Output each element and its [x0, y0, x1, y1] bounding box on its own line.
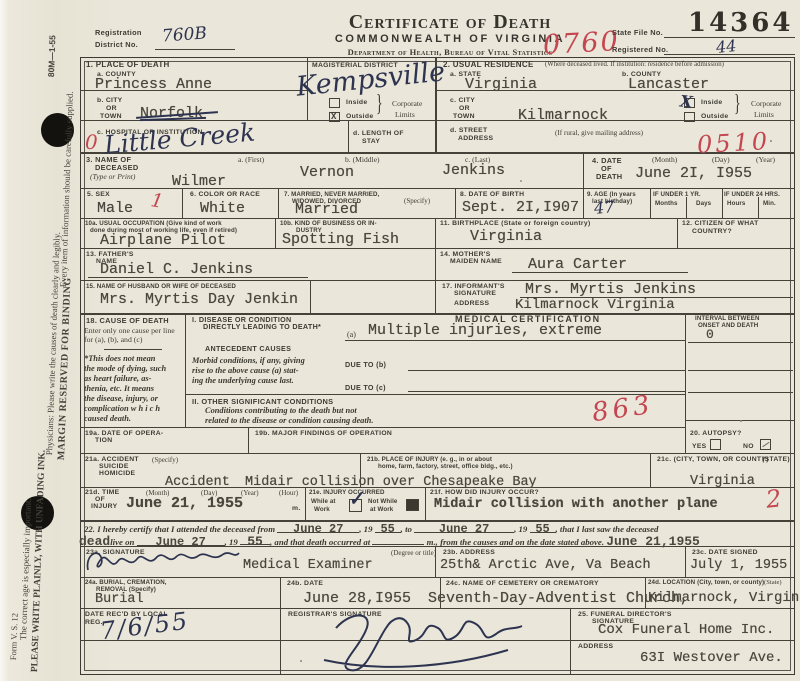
cause-a-label: (a): [347, 330, 356, 339]
address-23b-value: 25th& Arctic Ave, Va Beach: [440, 558, 651, 573]
not-while-label: Not While: [368, 498, 397, 505]
under-1yr-label: IF UNDER 1 YR.: [653, 191, 701, 198]
outside-label: Outside: [346, 113, 373, 120]
time-of-injury-label: 21d. TIME: [85, 489, 119, 496]
certify-y3: 55: [247, 534, 263, 549]
certify-blank: 55: [530, 522, 556, 533]
red-mark-2: 2: [765, 484, 783, 513]
rule-line: [408, 370, 685, 371]
industry-value: Spotting Fish: [282, 231, 399, 248]
days-label: Days: [696, 200, 711, 207]
margin-form-code: Form V. S. 12: [8, 613, 20, 660]
signature-title-value: Medical Examiner: [243, 558, 373, 573]
rule-line: [425, 487, 426, 520]
funeral-director-label: 25. FUNERAL DIRECTOR'S: [578, 611, 672, 618]
rule-line: [248, 427, 249, 453]
informant-value: Mrs. Myrtis Jenkins: [525, 281, 696, 298]
rule-line: [104, 349, 162, 350]
scan-speck: [560, 300, 562, 302]
rule-line: [583, 152, 584, 218]
date-of-death-label3: DEATH: [596, 172, 622, 181]
while-at-work-check-mark: ✓: [347, 487, 366, 511]
middle-name-label: b. (Middle): [345, 155, 380, 164]
medical-examiner-signature: [82, 544, 242, 578]
cause-of-death-label: 18. CAUSE OF DEATH: [86, 316, 169, 325]
funeral-address-value: 63I Westover Ave.: [640, 650, 783, 666]
occupation-label: 10a. USUAL OCCUPATION (Give kind of work: [85, 220, 222, 227]
spouse-value: Mrs. Myrtis Day Jenkin: [100, 291, 298, 308]
certify-blank: 55: [375, 522, 401, 533]
residence-county-value: Lancaster: [628, 76, 709, 93]
length-of-stay-label: d. LENGTH OF: [353, 130, 404, 137]
race-label: 6. COLOR OR RACE: [190, 191, 260, 198]
not-while-at-work-checkbox: [406, 499, 419, 511]
spouse-label: 15. NAME OF HUSBAND OR WIFE OF DECEASED: [86, 283, 236, 290]
informant-label2: SIGNATURE: [454, 290, 496, 297]
residence-subtitle: (Where deceased lived. If institution: r…: [545, 61, 724, 68]
margin-plainly-note: PLEASE WRITE PLAINLY, WITH UNFADING INK.: [30, 450, 48, 673]
registration-label: Registration: [95, 28, 142, 37]
rule-line: [80, 313, 795, 315]
morbid-conditions-note: Morbid conditions, if any, giving rise t…: [192, 356, 305, 386]
state-value: Virginia: [465, 76, 537, 93]
registrar-signature: [308, 608, 568, 674]
certify-date-value: June 21,1955: [606, 534, 700, 549]
year-label: (Year): [756, 155, 775, 164]
informant-address-value: Kilmarnock Virginia: [515, 297, 675, 313]
mother-value: Aura Carter: [528, 256, 627, 273]
district-no-value: 760B: [161, 23, 207, 46]
rule-line: [305, 487, 306, 520]
funeral-director-value: Cox Funeral Home Inc.: [598, 622, 774, 638]
certify-text: , to: [401, 524, 412, 534]
certify-text: , 19: [514, 524, 527, 534]
rule-line: [688, 370, 793, 371]
city-label-town: TOWN: [100, 113, 122, 120]
min-label: Min.: [763, 200, 776, 207]
interval-value: 0: [706, 327, 714, 342]
death-certificate-scan: 80M—1-55 Every item of information shoul…: [0, 0, 800, 681]
cemetery-label: 24c. NAME OF CEMETERY OR CREMATORY: [446, 580, 599, 587]
accident-value: Accident: [165, 475, 230, 490]
sex-value: Male: [97, 200, 133, 217]
residence-city-or: OR: [459, 105, 470, 112]
rule-line: [280, 608, 281, 674]
rule-line: [345, 340, 685, 341]
certify-text: , 19: [359, 524, 372, 534]
rule-line: [677, 218, 678, 248]
injury-state-value: Virginia: [690, 474, 755, 489]
first-name-value: Wilmer: [172, 173, 226, 190]
injury-m-label: m.: [292, 505, 301, 512]
certify-blank: [372, 534, 424, 545]
disease-condition-label2: DIRECTLY LEADING TO DEATH*: [203, 322, 321, 331]
place-of-injury-label: 21b. PLACE OF INJURY (e. g., in or about: [367, 456, 492, 463]
residence-inside-label: Inside: [701, 99, 722, 106]
injury-state-label: (STATE): [762, 456, 790, 463]
brace-glyph: }: [734, 92, 741, 119]
injury-city-label: 21c. (CITY, TOWN, OR COUNTY): [657, 456, 769, 463]
due-to-b-label: DUE TO (b): [345, 360, 386, 369]
deceased-type-note: (Type or Print): [90, 172, 135, 181]
accident-label: 21a. ACCIDENT: [85, 456, 139, 463]
degree-title-label: (Degree or title): [391, 549, 436, 557]
rule-line: [685, 546, 686, 577]
informant-label: 17. INFORMANT'S: [442, 283, 505, 290]
certify-text: , and that death occurred at: [270, 537, 370, 547]
residence-title: 2. USUAL RESIDENCE: [443, 60, 534, 69]
rule-line: [570, 608, 571, 674]
limits-label: Limits: [395, 110, 415, 119]
certify-blank: 55: [240, 534, 270, 545]
residence-outside-label: Outside: [701, 113, 728, 120]
red-stamp-0760: 0760: [542, 26, 620, 61]
burial-date-value: June 28,I955: [303, 590, 411, 607]
burial-value: Burial: [95, 592, 144, 607]
deceased-title2: DECEASED: [95, 163, 138, 172]
race-value: White: [200, 200, 245, 217]
certify-text: 22. I hereby certify that I attended the…: [84, 524, 275, 534]
rule-line: [435, 218, 436, 280]
brace-glyph: }: [376, 92, 383, 119]
county-value: Princess Anne: [95, 76, 212, 93]
time-of-injury-label3: INJURY: [91, 503, 117, 510]
date-of-death-value: June 2I, I955: [635, 165, 752, 182]
inside-label: Inside: [346, 99, 367, 106]
not-while-label2: at Work: [370, 506, 393, 513]
time-of-injury-value: June 21, 1955: [126, 495, 243, 512]
while-at-label: While at: [311, 498, 336, 505]
address-23b-label: 23b. ADDRESS: [443, 549, 495, 556]
red-zero-mark: 0: [85, 130, 98, 154]
time-of-injury-label2: OF: [95, 496, 105, 503]
months-label: Months: [655, 200, 678, 207]
street-note: (If rural, give mailing address): [555, 129, 643, 137]
antecedent-causes-label: ANTECEDENT CAUSES: [205, 344, 291, 353]
residence-outside-checkbox: [684, 112, 695, 122]
date-of-operation-label2: TION: [95, 437, 112, 444]
rule-line: [664, 54, 795, 55]
citizen-label: 12. CITIZEN OF WHAT: [682, 220, 759, 227]
birthplace-label: 11. BIRTHPLACE (State or foreign country…: [440, 220, 591, 227]
residence-corporate-label: Corporate: [751, 99, 781, 108]
last-name-value: Jenkins: [442, 162, 505, 179]
mother-label2: MAIDEN NAME: [450, 258, 502, 265]
hours-label: Hours: [727, 200, 745, 207]
while-at-label2: Work: [314, 506, 330, 513]
birth-date-label: 8. DATE OF BIRTH: [460, 191, 524, 198]
place-of-death-title: 1. PLACE OF DEATH: [86, 60, 170, 69]
date-signed-label: 23c. DATE SIGNED: [692, 549, 758, 556]
rule-line: [685, 420, 795, 421]
industry-label: 10b. KIND OF BUSINESS OR IN-: [280, 220, 377, 227]
autopsy-yes-checkbox: [710, 439, 721, 450]
rule-line: [80, 218, 795, 219]
rule-line: [688, 392, 793, 393]
cause-a-value: Multiple injuries, extreme: [368, 322, 602, 339]
major-findings-label: 19b. MAJOR FINDINGS OF OPERATION: [255, 430, 392, 437]
rule-line: [650, 453, 651, 487]
mother-label: 14. MOTHER'S: [440, 251, 491, 258]
interval-label: INTERVAL BETWEEN: [695, 315, 760, 322]
autopsy-no-label: NO: [743, 443, 754, 450]
outside-checkbox-mark: X: [331, 112, 336, 122]
rule-line: [685, 313, 686, 453]
registered-no-label: Registered No.: [612, 45, 668, 54]
place-of-injury-label2: home, farm, factory, street, office bldg…: [378, 463, 513, 470]
funeral-address-label: ADDRESS: [578, 643, 613, 650]
certify-text: , that I last saw the deceased: [556, 524, 659, 534]
birthplace-value: Virginia: [470, 228, 542, 245]
date-of-operation-label: 19a. DATE OF OPERA-: [85, 430, 163, 437]
district-no-label: District No.: [95, 40, 138, 49]
other-conditions-label: II. OTHER SIGNIFICANT CONDITIONS: [192, 397, 333, 406]
rule-line: [182, 188, 183, 218]
middle-name-value: Vernon: [300, 164, 354, 181]
location-value: Kilmarnock, Virginia: [648, 590, 800, 606]
certify-blank: June 27: [277, 522, 359, 533]
rule-line: [758, 197, 759, 218]
father-value: Daniel C. Jenkins: [100, 261, 253, 278]
certify-blank: June 27: [414, 522, 514, 533]
due-to-c-label: DUE TO (c): [345, 383, 386, 392]
injury-year-label: (Year): [241, 489, 259, 497]
rule-line: [280, 577, 281, 608]
margin-age-note: The correct age is especially important.: [18, 498, 33, 640]
date-signed-value: July 1, 1955: [690, 558, 787, 573]
length-of-stay-label2: STAY: [362, 138, 380, 145]
sex-label: 5. SEX: [87, 191, 110, 198]
injury-hour-label: (Hour): [279, 489, 298, 497]
residence-limits-label: Limits: [754, 110, 774, 119]
residence-city-value: Kilmarnock: [518, 107, 608, 124]
state-file-label: State File No.: [612, 28, 663, 37]
burial-label: 24a. BURIAL, CREMATION,: [85, 579, 167, 586]
occupation-value: Airplane Pilot: [100, 232, 226, 249]
state-file-number-stamp: 14364: [688, 8, 793, 38]
month-label: (Month): [652, 155, 677, 164]
rule-line: [310, 280, 311, 313]
citizen-label2: COUNTRY?: [692, 228, 732, 235]
how-injury-label: 21f. HOW DID INJURY OCCUR?: [430, 489, 539, 496]
location-label: 24d. LOCATION (City, town, or county): [648, 579, 764, 586]
residence-city-town: TOWN: [453, 113, 475, 120]
rule-line: [435, 280, 436, 313]
first-name-label: a. (First): [238, 155, 264, 164]
day-label: (Day): [712, 155, 730, 164]
burial-date-label: 24b. DATE: [287, 580, 323, 587]
inside-checkbox: [329, 98, 340, 108]
rule-line: [686, 197, 687, 218]
how-injury-value: Midair collision with another plane: [434, 497, 718, 512]
rule-line: [348, 120, 349, 152]
rule-line: [688, 342, 793, 343]
location-state-label: (State): [764, 579, 782, 586]
residence-city-label: c. CITY: [450, 97, 475, 104]
suicide-label: SUICIDE: [99, 463, 129, 470]
certify-text: m., from the causes and on the date stat…: [427, 537, 604, 547]
city-label-or: OR: [106, 105, 117, 112]
father-label: 13. FATHER'S: [86, 251, 134, 258]
informant-address-label: ADDRESS: [454, 300, 489, 307]
homicide-label: HOMICIDE: [99, 470, 135, 477]
rule-line: [455, 188, 456, 218]
under-24hr-label: IF UNDER 24 HRS.: [724, 191, 780, 198]
rule-line: [278, 188, 279, 218]
age-value: 47: [593, 197, 615, 218]
rule-line: [155, 49, 235, 50]
birth-date-value: Sept. 2I,I907: [462, 199, 579, 216]
marital-label: 7. MARRIED, NEVER MARRIED,: [284, 191, 379, 198]
rule-line: [650, 188, 651, 218]
corporate-label: Corporate: [392, 99, 422, 108]
margin-print-code: 80M—1-55: [46, 35, 57, 77]
rule-line: [275, 218, 276, 248]
cause-note2: *This does not mean the mode of dying, s…: [84, 354, 166, 425]
street-label2: ADDRESS: [458, 135, 493, 142]
rule-line: [80, 453, 795, 454]
accident-specify-label: (Specify): [152, 456, 178, 464]
residence-inside-mark: X: [679, 91, 693, 111]
city-label: b. CITY: [97, 97, 123, 104]
autopsy-yes-label: YES: [692, 443, 707, 450]
cause-note1: Enter only one cause per line for (a), (…: [84, 326, 175, 344]
marital-value: Married: [295, 201, 358, 218]
autopsy-label: 20. AUTOPSY?: [690, 430, 742, 437]
street-label: d. STREET: [450, 127, 487, 134]
marital-specify: (Specify): [404, 197, 430, 205]
rule-line: [185, 313, 186, 427]
other-conditions-note: Conditions contributing to the death but…: [205, 406, 373, 426]
rule-line: [722, 188, 723, 218]
place-of-injury-value: Midair collision over Chesapeake Bay: [245, 475, 537, 490]
